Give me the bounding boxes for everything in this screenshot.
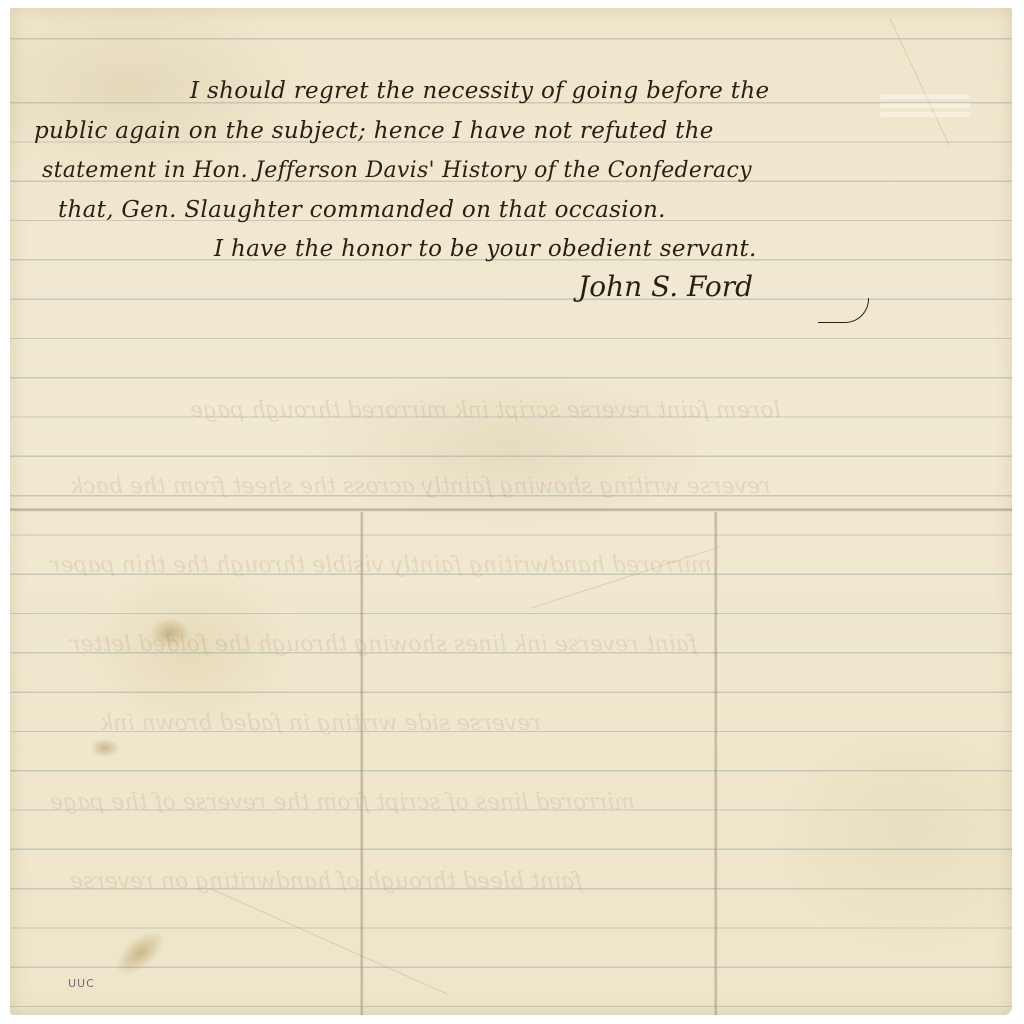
bleed-through-text: mirrored lines of script from the revers… [50,790,635,815]
bleed-through-text: faint bleed through of handwriting on re… [70,869,582,894]
letter-line-5: I have the honor to be your obedient ser… [214,236,757,262]
letter-line-4: that, Gen. Slaughter commanded on that o… [58,197,666,223]
bleed-through-text: faint reverse ink lines showing through … [70,632,697,657]
bleed-through-text: reverse side writing in faded brown ink [100,711,541,736]
bleed-through-text: lorem faint reverse script ink mirrored … [190,398,781,423]
embossed-stamp [880,94,970,120]
bleed-through-text: mirrored handwriting faintly visible thr… [50,553,712,578]
signature: John S. Ford [578,270,753,303]
bleed-through-text: reverse writing showing faintly across t… [70,474,771,499]
letter-page: lorem faint reverse script ink mirrored … [10,8,1012,1015]
letter-line-1: I should regret the necessity of going b… [190,78,769,104]
archival-mark: UUC [68,977,95,990]
letter-line-3: statement in Hon. Jefferson Davis' Histo… [42,158,752,183]
stain [90,738,120,758]
horizontal-fold [10,508,1012,512]
vertical-fold [360,512,364,1015]
letter-line-2: public again on the subject; hence I hav… [34,118,714,144]
vertical-fold [714,512,718,1015]
